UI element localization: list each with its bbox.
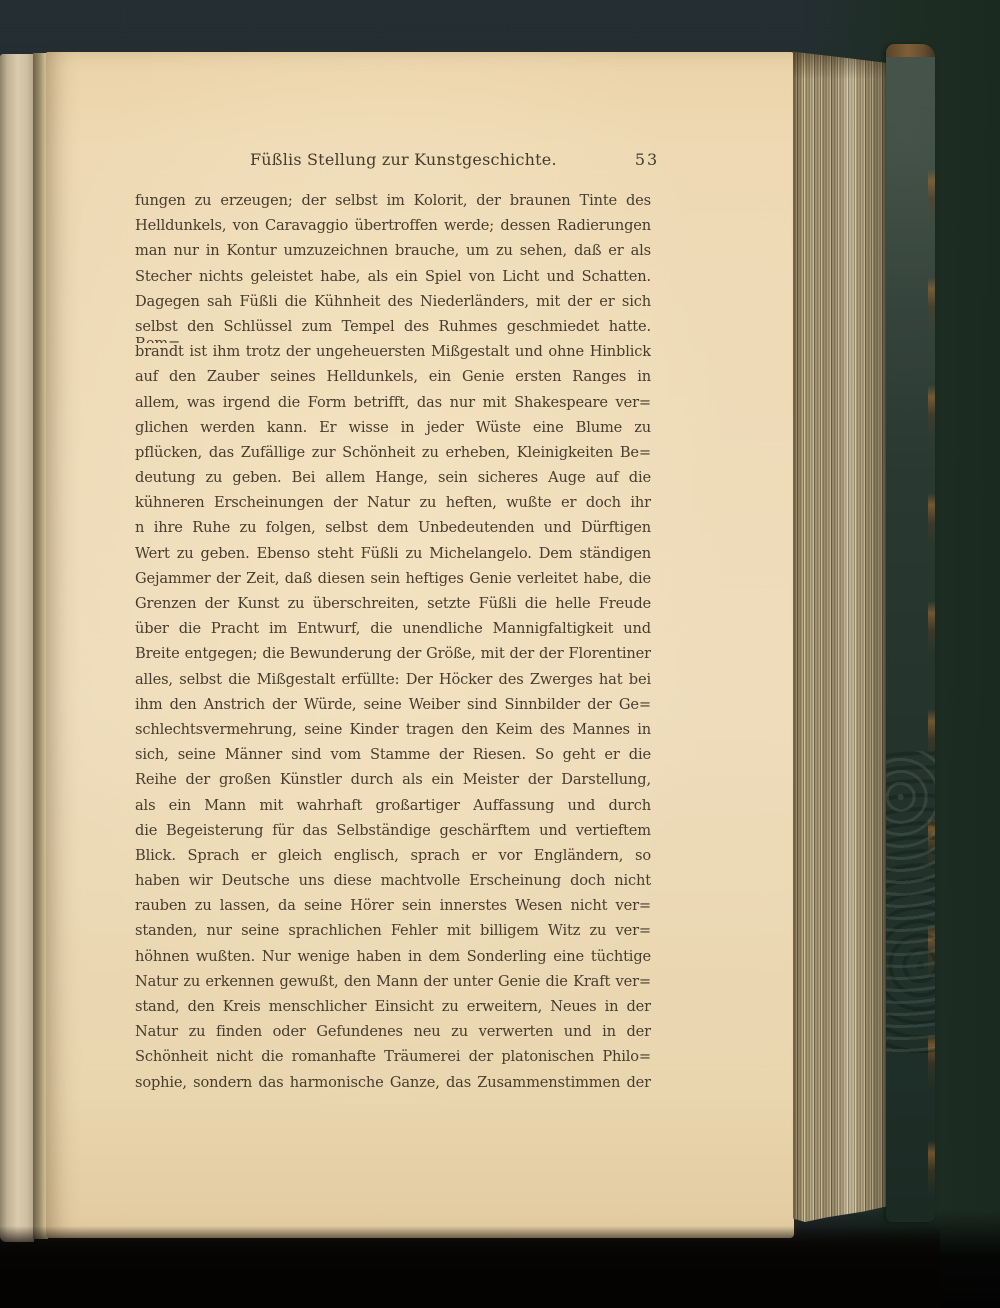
book-fore-edge [793,50,894,1222]
text-line: Dagegen sah Füßli die Kühnheit des Niede… [135,293,651,318]
text-line: glichen werden kann. Er wisse in jeder W… [135,419,651,444]
text-line: Wert zu geben. Ebenso steht Füßli zu Mic… [135,545,651,570]
text-line: rauben zu lassen, da seine Hörer sein in… [135,897,651,922]
text-line: Gejammer der Zeit, daß diesen sein hefti… [135,570,651,595]
text-line: Breite entgegen; die Bewunderung der Grö… [135,645,651,670]
book-cover-board [886,44,935,1222]
text-line: haben wir Deutsche uns diese machtvolle … [135,872,651,897]
text-line: Schönheit nicht die romanhafte Träumerei… [135,1048,651,1073]
text-line: schlechtsvermehrung, seine Kinder tragen… [135,721,651,746]
text-line: sophie, sondern das harmonische Ganze, d… [135,1074,651,1099]
text-line: alles, selbst die Mißgestalt erfüllte: D… [135,671,651,696]
text-line: brandt ist ihm trotz der ungeheuersten M… [135,343,651,368]
text-line: Stecher nichts geleistet habe, als ein S… [135,268,651,293]
text-line: ihm den Anstrich der Würde, seine Weiber… [135,696,651,721]
text-line: pflücken, das Zufällige zur Schönheit zu… [135,444,651,469]
text-line: n ihre Ruhe zu folgen, selbst dem Unbede… [135,519,651,544]
running-title: Füßlis Stellung zur Kunstgeschichte. [250,150,480,169]
book-page: Füßlis Stellung zur Kunstgeschichte. 53 … [46,52,794,1238]
text-line: über die Pracht im Entwurf, die unendlic… [135,620,651,645]
text-line: Helldunkels, von Caravaggio übertroffen … [135,217,651,242]
text-line: standen, nur seine sprachlichen Fehler m… [135,922,651,947]
book-bottom-shadow [0,1226,940,1308]
text-line: höhnen wußten. Nur wenige haben in dem S… [135,948,651,973]
cover-emboss-pattern [886,751,935,1057]
book-photo-backdrop: Füßlis Stellung zur Kunstgeschichte. 53 … [0,0,1000,1308]
text-line: die Begeisterung für das Selbständige ge… [135,822,651,847]
text-line: kühneren Erscheinungen der Natur zu heft… [135,494,651,519]
text-line: auf den Zauber seines Helldunkels, ein G… [135,368,651,393]
text-line: man nur in Kontur umzuzeichnen brauche, … [135,242,651,267]
page-number: 53 [630,150,664,169]
text-line: sich, seine Männer sind vom Stamme der R… [135,746,651,771]
text-line: allem, was irgend die Form betrifft, das… [135,394,651,419]
text-line: Blick. Sprach er gleich englisch, sprach… [135,847,651,872]
cover-top-wear [886,44,935,57]
text-line: stand, den Kreis menschlicher Einsicht z… [135,998,651,1023]
facing-page-curl [0,54,34,1242]
text-line: deutung zu geben. Bei allem Hange, sein … [135,469,651,494]
text-line: selbst den Schlüssel zum Tempel des Ruhm… [135,318,651,343]
text-line: Natur zu erkennen gewußt, den Mann der u… [135,973,651,998]
text-line: Grenzen der Kunst zu überschreiten, setz… [135,595,651,620]
body-text-block: fungen zu erzeugen; der selbst im Kolori… [135,192,651,1099]
text-line: als ein Mann mit wahrhaft großartiger Au… [135,797,651,822]
text-line: Natur zu finden oder Gefundenes neu zu v… [135,1023,651,1048]
text-line: fungen zu erzeugen; der selbst im Kolori… [135,192,651,217]
text-line: Reihe der großen Künstler durch als ein … [135,771,651,796]
